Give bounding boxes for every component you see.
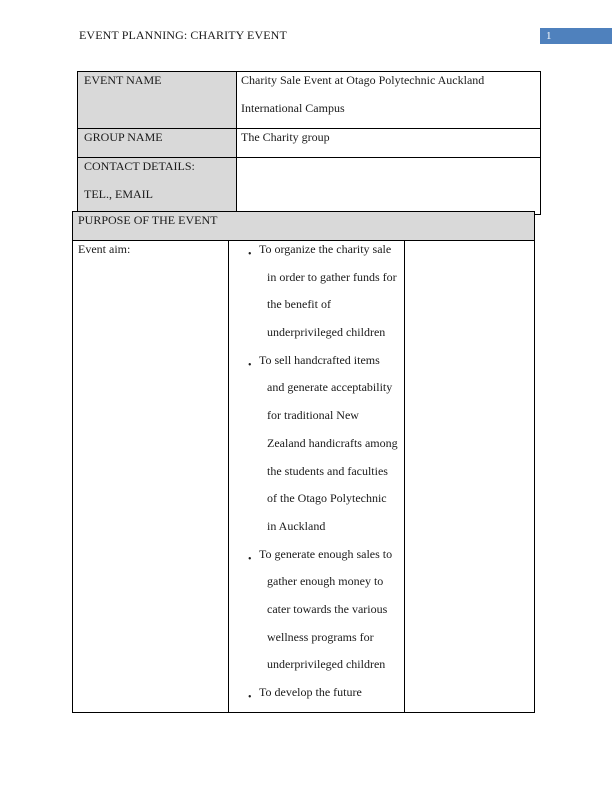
- aim-line: the benefit of: [259, 296, 404, 324]
- table-row-group-name: GROUP NAME The Charity group: [78, 129, 541, 158]
- group-name-value: The Charity group: [237, 129, 541, 158]
- aim-line: To develop the future: [259, 684, 404, 712]
- group-name-label: GROUP NAME: [78, 129, 237, 158]
- aim-line: the students and faculties: [259, 463, 404, 491]
- purpose-table: PURPOSE OF THE EVENT Event aim: •To orga…: [72, 211, 535, 713]
- aim-line: of the Otago Polytechnic: [259, 490, 404, 518]
- event-name-value: Charity Sale Event at Otago Polytechnic …: [237, 72, 541, 129]
- event-aim-notes-cell: [405, 241, 535, 713]
- bullet-icon: •: [248, 546, 252, 574]
- event-name-label: EVENT NAME: [78, 72, 237, 129]
- aim-line: To generate enough sales to: [259, 546, 404, 574]
- contact-details-value: [237, 158, 541, 215]
- aim-line: Zealand handicrafts among: [259, 435, 404, 463]
- aim-line: cater towards the various: [259, 601, 404, 629]
- aim-line: To organize the charity sale: [259, 241, 404, 269]
- event-aims-cell: •To organize the charity salein order to…: [229, 241, 405, 713]
- aim-line: gather enough money to: [259, 573, 404, 601]
- list-item: •To develop the future: [229, 684, 404, 712]
- aim-line: for traditional New: [259, 407, 404, 435]
- document-header-title: EVENT PLANNING: CHARITY EVENT: [79, 28, 287, 43]
- bullet-icon: •: [248, 684, 252, 712]
- list-item: •To sell handcrafted itemsand generate a…: [229, 352, 404, 546]
- table-row-event-name: EVENT NAME Charity Sale Event at Otago P…: [78, 72, 541, 129]
- contact-details-label: CONTACT DETAILS: TEL., EMAIL: [78, 158, 237, 215]
- event-aim-label: Event aim:: [73, 241, 229, 713]
- aim-line: wellness programs for: [259, 629, 404, 657]
- aim-line: underprivileged children: [259, 324, 404, 352]
- aim-line: underprivileged children: [259, 656, 404, 684]
- event-aims-list: •To organize the charity salein order to…: [229, 241, 404, 712]
- bullet-icon: •: [248, 352, 252, 380]
- list-item: •To generate enough sales togather enoug…: [229, 546, 404, 684]
- page-number-badge: 1: [540, 28, 612, 44]
- event-details-table: EVENT NAME Charity Sale Event at Otago P…: [77, 71, 541, 215]
- table-row-purpose-heading: PURPOSE OF THE EVENT: [73, 212, 535, 241]
- list-item: •To organize the charity salein order to…: [229, 241, 404, 352]
- table-row-event-aim: Event aim: •To organize the charity sale…: [73, 241, 535, 713]
- table-row-contact-details: CONTACT DETAILS: TEL., EMAIL: [78, 158, 541, 215]
- bullet-icon: •: [248, 241, 252, 269]
- aim-line: in Auckland: [259, 518, 404, 546]
- aim-line: and generate acceptability: [259, 379, 404, 407]
- aim-line: To sell handcrafted items: [259, 352, 404, 380]
- aim-line: in order to gather funds for: [259, 269, 404, 297]
- purpose-heading: PURPOSE OF THE EVENT: [73, 212, 535, 241]
